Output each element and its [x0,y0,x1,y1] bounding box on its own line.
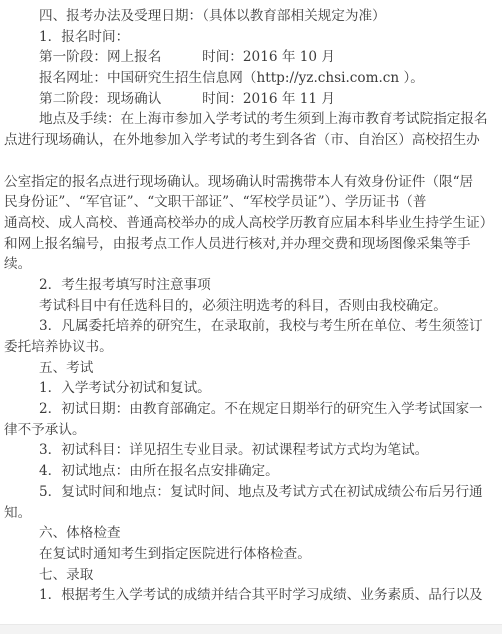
text-line: 考试科目中有任选科目的，必须注明选考的科目，否则由我校确定。 [4,296,500,317]
text-line: 2．初试日期：由教育部确定。不在规定日期举行的研究生入学考试国家一 [4,399,500,420]
text-line: 续。 [4,254,500,275]
text-line: 在复试时通知考生到指定医院进行体格检查。 [4,544,500,565]
footer-strip [0,624,502,634]
document-body: 四、报考办法及受理日期：（具体以教育部相关规定为准）1．报名时间：第一阶段：网上… [4,6,500,606]
text-line: 4．初试地点：由所在报名点安排确定。 [4,461,500,482]
blank-line [4,151,500,172]
text-line: 和网上报名编号，由报考点工作人员进行核对,并办理交费和现场图像采集等手 [4,234,500,255]
text-line: 五、考试 [4,358,500,379]
text-line: 六、体格检查 [4,523,500,544]
text-line: 公室指定的报名点进行现场确认。现场确认时需携带本人有效身份证件（限“居 [4,172,500,193]
text-line: 第一阶段：网上报名 时间：2016 年 10 月 [4,47,500,68]
text-line: 四、报考办法及受理日期：（具体以教育部相关规定为准） [4,6,500,27]
text-line: 地点及手续：在上海市参加入学考试的考生须到上海市教育考试院指定报名 [4,109,500,130]
text-line: 1．报名时间： [4,27,500,48]
text-line: 点进行现场确认，在外地参加入学考试的考生到各省（市、自治区）高校招生办 [4,130,500,151]
text-line: 通高校、成人高校、普通高校举办的成人高校学历教育应届本科毕业生持学生证） [4,213,500,234]
text-line: 2．考生报考填写时注意事项 [4,275,500,296]
text-line: 七、录取 [4,565,500,586]
text-line: 民身份证”、“军官证”、“文职干部证”、“军校学员证”）、学历证书（普 [4,192,500,213]
text-line: 第二阶段：现场确认 时间：2016 年 11 月 [4,89,500,110]
text-line: 3．凡属委托培养的研究生，在录取前，我校与考生所在单位、考生须签订 [4,316,500,337]
text-line: 律不予承认。 [4,420,500,441]
text-line: 报名网址：中国研究生招生信息网（http://yz.chsi.com.cn ）。 [4,68,500,89]
text-line: 1．入学考试分初试和复试。 [4,378,500,399]
text-line: 1．根据考生入学考试的成绩并结合其平时学习成绩、业务素质、品行以及 [4,585,500,606]
text-line: 3．初试科目：详见招生专业目录。初试课程考试方式均为笔试。 [4,440,500,461]
text-line: 知。 [4,503,500,524]
document-page: 四、报考办法及受理日期：（具体以教育部相关规定为准）1．报名时间：第一阶段：网上… [0,0,502,634]
text-line: 5．复试时间和地点：复试时间、地点及考试方式在初试成绩公布后另行通 [4,482,500,503]
text-line: 委托培养协议书。 [4,337,500,358]
